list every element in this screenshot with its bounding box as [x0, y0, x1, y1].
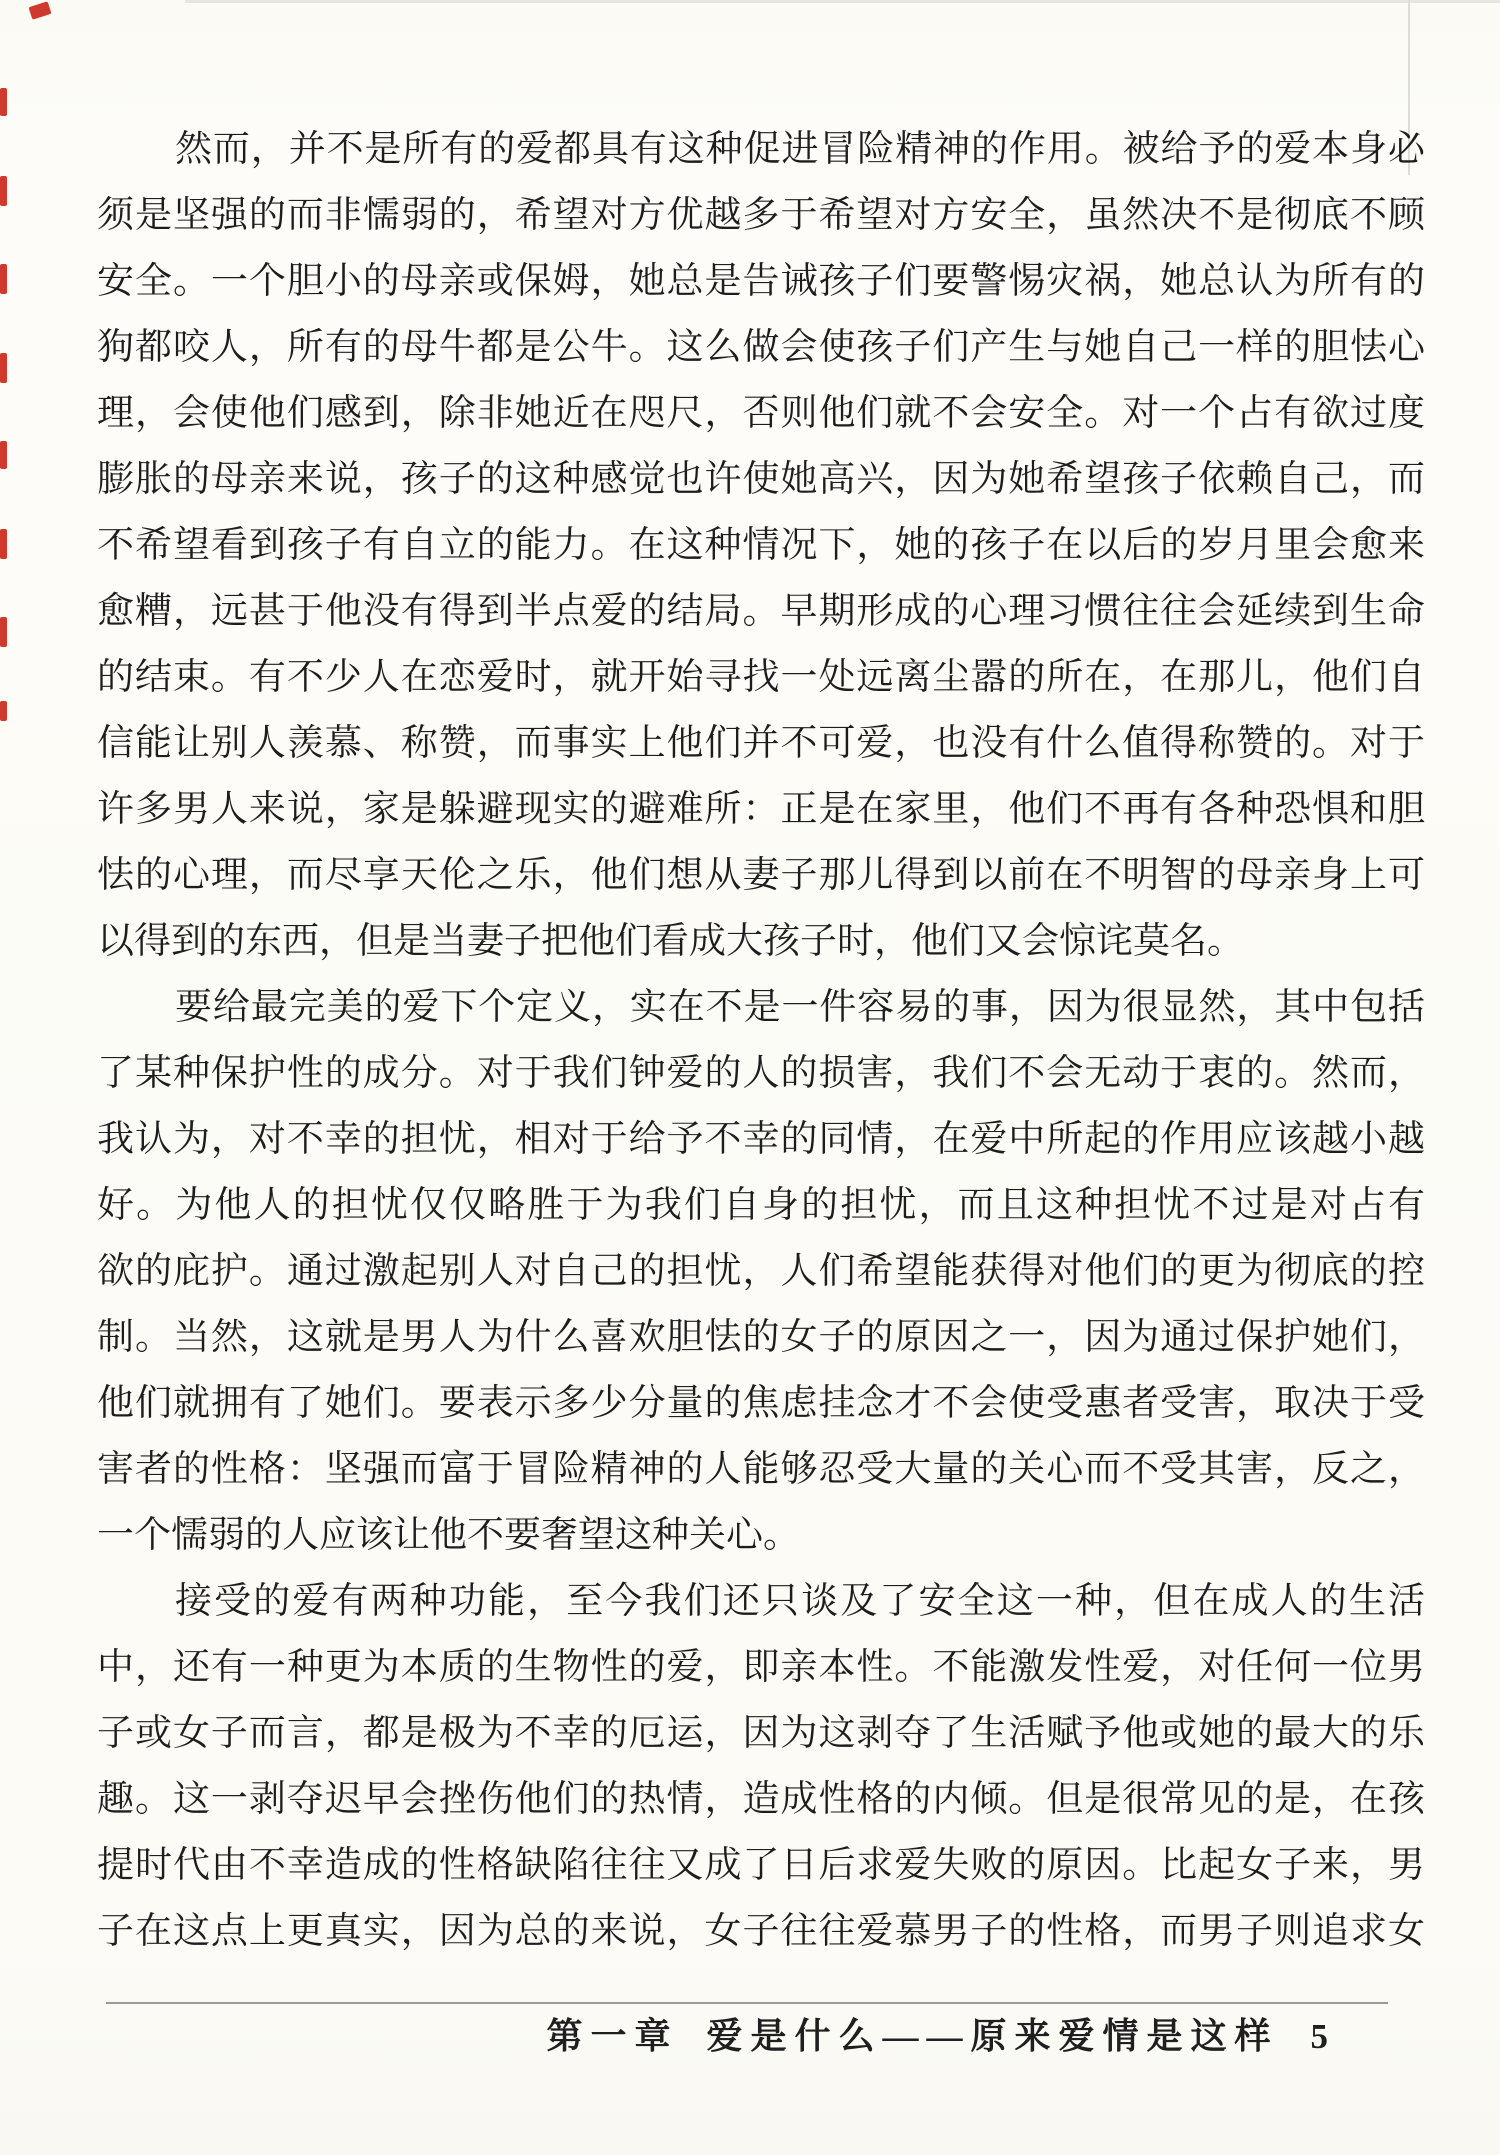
text-line: 提时代由不幸造成的性格缺陷往往又成了日后求爱失败的原因。比起女子来，男 — [97, 1833, 1425, 1899]
text-line: 制。当然，这就是男人为什么喜欢胆怯的女子的原因之一，因为通过保护她们， — [97, 1305, 1425, 1371]
footer-rule — [106, 2002, 1388, 2004]
red-edge-mark — [0, 441, 7, 469]
text-line: 须是坚强的而非懦弱的，希望对方优越多于希望对方安全，虽然决不是彻底不顾 — [97, 183, 1425, 249]
text-line: 了某种保护性的成分。对于我们钟爱的人的损害，我们不会无动于衷的。然而， — [97, 1041, 1425, 1107]
text-line: 子或女子而言，都是极为不幸的厄运，因为这剥夺了生活赋予他或她的最大的乐 — [97, 1701, 1425, 1767]
text-line: 欲的庇护。通过激起别人对自己的担忧，人们希望能获得对他们的更为彻底的控 — [97, 1239, 1425, 1305]
text-line: 中，还有一种更为本质的生物性的爱，即亲本性。不能激发性爱，对任何一位男 — [97, 1635, 1425, 1701]
text-line: 趣。这一剥夺迟早会挫伤他们的热情，造成性格的内倾。但是很常见的是，在孩 — [97, 1767, 1425, 1833]
text-line: 狗都咬人，所有的母牛都是公牛。这么做会使孩子们产生与她自己一样的胆怯心 — [97, 315, 1425, 381]
text-line: 然而，并不是所有的爱都具有这种促进冒险精神的作用。被给予的爱本身必 — [97, 117, 1425, 183]
text-line: 我认为，对不幸的担忧，相对于给予不幸的同情，在爱中所起的作用应该越小越 — [97, 1107, 1425, 1173]
red-edge-mark — [0, 88, 7, 116]
text-line: 害者的性格：坚强而富于冒险精神的人能够忍受大量的关心而不受其害，反之， — [97, 1437, 1425, 1503]
text-block: 然而，并不是所有的爱都具有这种促进冒险精神的作用。被给予的爱本身必须是坚强的而非… — [97, 117, 1425, 1965]
text-line: 的结束。有不少人在恋爱时，就开始寻找一处远离尘嚣的所在，在那儿，他们自 — [97, 645, 1425, 711]
footer-chapter-label: 第一章 — [546, 2008, 678, 2064]
text-line: 接受的爱有两种功能，至今我们还只谈及了安全这一种，但在成人的生活 — [97, 1569, 1425, 1635]
text-line: 膨胀的母亲来说，孩子的这种感觉也许使她高兴，因为她希望孩子依赖自己，而 — [97, 447, 1425, 513]
red-edge-mark — [0, 353, 7, 383]
footer-chapter-title: 爱是什么——原来爱情是这样 — [706, 2008, 1278, 2064]
red-edge-mark — [0, 701, 7, 721]
red-edge-mark — [0, 264, 7, 294]
text-line: 信能让别人羡慕、称赞，而事实上他们并不可爱，也没有什么值得称赞的。对于 — [97, 711, 1425, 777]
scanned-book-page: { "page": { "kind": "scanned book page",… — [0, 0, 1500, 2155]
red-edge-mark — [0, 529, 7, 559]
text-line: 愈糟，远甚于他没有得到半点爱的结局。早期形成的心理习惯往往会延续到生命 — [97, 579, 1425, 645]
text-line: 怯的心理，而尽享天伦之乐，他们想从妻子那儿得到以前在不明智的母亲身上可 — [97, 843, 1425, 909]
text-line: 以得到的东西，但是当妻子把他们看成大孩子时，他们又会惊诧莫名。 — [97, 909, 1425, 975]
text-line: 要给最完美的爱下个定义，实在不是一件容易的事，因为很显然，其中包括 — [97, 975, 1425, 1041]
text-line: 他们就拥有了她们。要表示多少分量的焦虑挂念才不会使受惠者受害，取决于受 — [97, 1371, 1425, 1437]
page-footer: 第一章 爱是什么——原来爱情是这样 5 — [0, 2008, 1500, 2065]
text-line: 子在这点上更真实，因为总的来说，女子往往爱慕男子的性格，而男子则追求女 — [97, 1899, 1425, 1965]
footer-page-number: 5 — [1311, 2009, 1329, 2065]
text-line: 安全。一个胆小的母亲或保姆，她总是告诫孩子们要警惕灾祸，她总认为所有的 — [97, 249, 1425, 315]
text-line: 理，会使他们感到，除非她近在咫尺，否则他们就不会安全。对一个占有欲过度 — [97, 381, 1425, 447]
scan-top-edge-shade — [185, 0, 1500, 3]
red-edge-mark — [28, 1, 51, 20]
text-line: 一个懦弱的人应该让他不要奢望这种关心。 — [97, 1503, 1425, 1569]
red-edge-mark — [0, 176, 7, 206]
text-line: 不希望看到孩子有自立的能力。在这种情况下，她的孩子在以后的岁月里会愈来 — [97, 513, 1425, 579]
text-line: 好。为他人的担忧仅仅略胜于为我们自身的担忧，而且这种担忧不过是对占有 — [97, 1173, 1425, 1239]
text-line: 许多男人来说，家是躲避现实的避难所：正是在家里，他们不再有各种恐惧和胆 — [97, 777, 1425, 843]
red-edge-mark — [0, 617, 7, 647]
